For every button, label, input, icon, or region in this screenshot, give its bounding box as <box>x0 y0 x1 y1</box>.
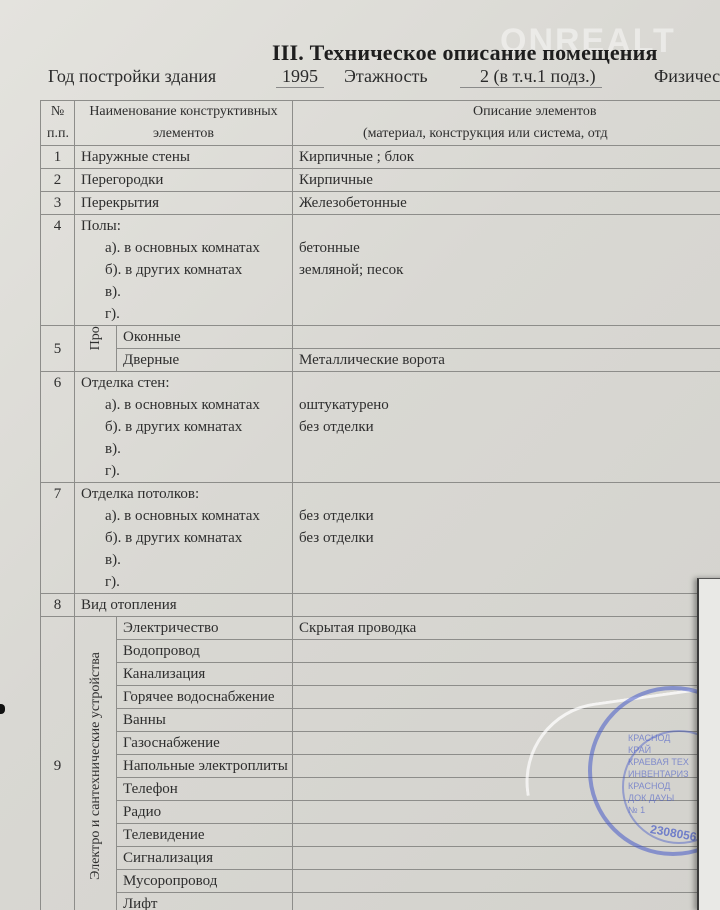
element-name: Вид отопления <box>75 594 293 617</box>
element-label: Сигнализация <box>117 847 293 870</box>
element-label: Ванны <box>117 709 293 732</box>
element-label: Горячее водоснабжение <box>117 686 293 709</box>
sub-item-label: а). в основных комнатах <box>81 505 286 527</box>
sub-item-label: г). <box>81 571 286 593</box>
sub-item-label: г). <box>81 303 286 325</box>
sub-item-description[interactable] <box>299 460 720 482</box>
row-number: 3 <box>41 192 75 215</box>
table-row: 4Полы:а). в основных комнатахб). в други… <box>41 215 720 326</box>
table-row: 3ПерекрытияЖелезобетонные <box>41 192 720 215</box>
element-description[interactable]: Скрытая проводка <box>293 617 720 640</box>
sub-item-label: а). в основных комнатах <box>81 394 286 416</box>
element-label: Мусоропровод <box>117 870 293 893</box>
row-number: 9 <box>41 617 75 910</box>
row-number: 4 <box>41 215 75 326</box>
row-number: 1 <box>41 146 75 169</box>
element-description[interactable] <box>293 870 720 893</box>
floors-label: Этажность <box>344 66 428 87</box>
sub-item-description[interactable]: без отделки <box>299 505 720 527</box>
element-label: Телевидение <box>117 824 293 847</box>
table-header: № п.п. Наименование конструктивных элеме… <box>41 101 720 146</box>
sub-item-label: а). в основных комнатах <box>81 237 286 259</box>
element-description[interactable]: оштукатуренобез отделки <box>293 372 720 483</box>
sub-item-description[interactable] <box>299 281 720 303</box>
table-row: Сигнализация <box>41 847 720 870</box>
table-row: Лифт <box>41 893 720 910</box>
sub-item-label: б). в других комнатах <box>81 416 286 438</box>
element-description[interactable] <box>293 640 720 663</box>
page-title: III. Техническое описание помещения <box>272 40 658 66</box>
table-row: 8Вид отопления <box>41 594 720 617</box>
element-description[interactable]: без отделкибез отделки <box>293 483 720 594</box>
element-label: Канализация <box>117 663 293 686</box>
sub-item-label: в). <box>81 549 286 571</box>
table-row: Мусоропровод <box>41 870 720 893</box>
element-description[interactable]: Железобетонные <box>293 192 720 215</box>
element-description[interactable]: бетонныеземляной; песок <box>293 215 720 326</box>
row-number: 7 <box>41 483 75 594</box>
element-label: Лифт <box>117 893 293 910</box>
table-row: 7Отделка потолков:а). в основных комната… <box>41 483 720 594</box>
element-name: Отделка потолков:а). в основных комнатах… <box>75 483 293 594</box>
element-name: Перекрытия <box>75 192 293 215</box>
element-title: Полы: <box>81 215 286 237</box>
table-row: Канализация <box>41 663 720 686</box>
edge-mark <box>0 704 5 714</box>
sub-item-description[interactable]: без отделки <box>299 527 720 549</box>
table-row: Водопровод <box>41 640 720 663</box>
group-label: Электро и сантехнические устройства <box>85 652 107 880</box>
year-value: 1995 <box>276 66 324 88</box>
sub-item-description[interactable] <box>299 438 720 460</box>
element-description[interactable]: Металлические ворота <box>293 349 720 372</box>
sub-item-description[interactable]: без отделки <box>299 416 720 438</box>
header-desc: Описание элементов (материал, конструкци… <box>293 101 720 146</box>
sub-item-description[interactable]: земляной; песок <box>299 259 720 281</box>
element-label: Водопровод <box>117 640 293 663</box>
group-label-cell: Электро и сантехнические устройства <box>75 617 117 910</box>
element-description[interactable] <box>293 326 720 349</box>
element-description[interactable]: Кирпичные ; блок <box>293 146 720 169</box>
sub-item-label: г). <box>81 460 286 482</box>
table-row: ДверныеМеталлические ворота <box>41 349 720 372</box>
element-label: Радио <box>117 801 293 824</box>
row-number: 5 <box>41 326 75 372</box>
row-number: 2 <box>41 169 75 192</box>
sub-item-label: б). в других комнатах <box>81 259 286 281</box>
physical-label: Физичес <box>654 66 720 87</box>
sub-item-label: в). <box>81 438 286 460</box>
element-label: Электричество <box>117 617 293 640</box>
element-label: Газоснабжение <box>117 732 293 755</box>
header-num: № п.п. <box>41 101 75 146</box>
sub-item-description[interactable] <box>299 303 720 325</box>
header-name: Наименование конструктивных элементов <box>75 101 293 146</box>
floors-value: 2 (в т.ч.1 подз.) <box>460 66 602 88</box>
element-label: Оконные <box>117 326 293 349</box>
element-name: Отделка стен:а). в основных комнатахб). … <box>75 372 293 483</box>
sub-item-label: б). в других комнатах <box>81 527 286 549</box>
sub-item-description[interactable] <box>299 549 720 571</box>
stamp-text: КРАСНОД КРАЙ КРАЕВАЯ ТЕХ ИНВЕНТАРИЗ КРАС… <box>628 732 689 816</box>
element-description[interactable] <box>293 594 720 617</box>
element-label: Телефон <box>117 778 293 801</box>
table-row: 2ПерегородкиКирпичные <box>41 169 720 192</box>
element-label: Дверные <box>117 349 293 372</box>
group-label: Проемы <box>85 326 107 351</box>
element-description[interactable] <box>293 893 720 910</box>
element-description[interactable] <box>293 663 720 686</box>
group-label-cell: Проемы <box>75 326 117 372</box>
sub-item-description[interactable] <box>299 571 720 593</box>
sub-item-description[interactable]: оштукатурено <box>299 394 720 416</box>
row-number: 8 <box>41 594 75 617</box>
table-row: 5ПроемыОконные <box>41 326 720 349</box>
table-row: 9Электро и сантехнические устройстваЭлек… <box>41 617 720 640</box>
table-row: 1Наружные стеныКирпичные ; блок <box>41 146 720 169</box>
element-name: Полы:а). в основных комнатахб). в других… <box>75 215 293 326</box>
sub-item-label: в). <box>81 281 286 303</box>
document-page: ONREALT III. Техническое описание помеще… <box>0 0 720 910</box>
header-desc-line2: (материал, конструкция или система, отд <box>363 123 720 145</box>
element-label: Напольные электроплиты <box>117 755 293 778</box>
element-title: Отделка потолков: <box>81 483 286 505</box>
folded-sheet-edge <box>697 578 720 910</box>
element-name: Наружные стены <box>75 146 293 169</box>
table-row: 6Отделка стен:а). в основных комнатахб).… <box>41 372 720 483</box>
element-description[interactable]: Кирпичные <box>293 169 720 192</box>
year-label: Год постройки здания <box>48 66 216 87</box>
row-number: 6 <box>41 372 75 483</box>
header-desc-line1: Описание элементов <box>363 101 720 123</box>
element-name: Перегородки <box>75 169 293 192</box>
element-title: Отделка стен: <box>81 372 286 394</box>
sub-item-description[interactable]: бетонные <box>299 237 720 259</box>
